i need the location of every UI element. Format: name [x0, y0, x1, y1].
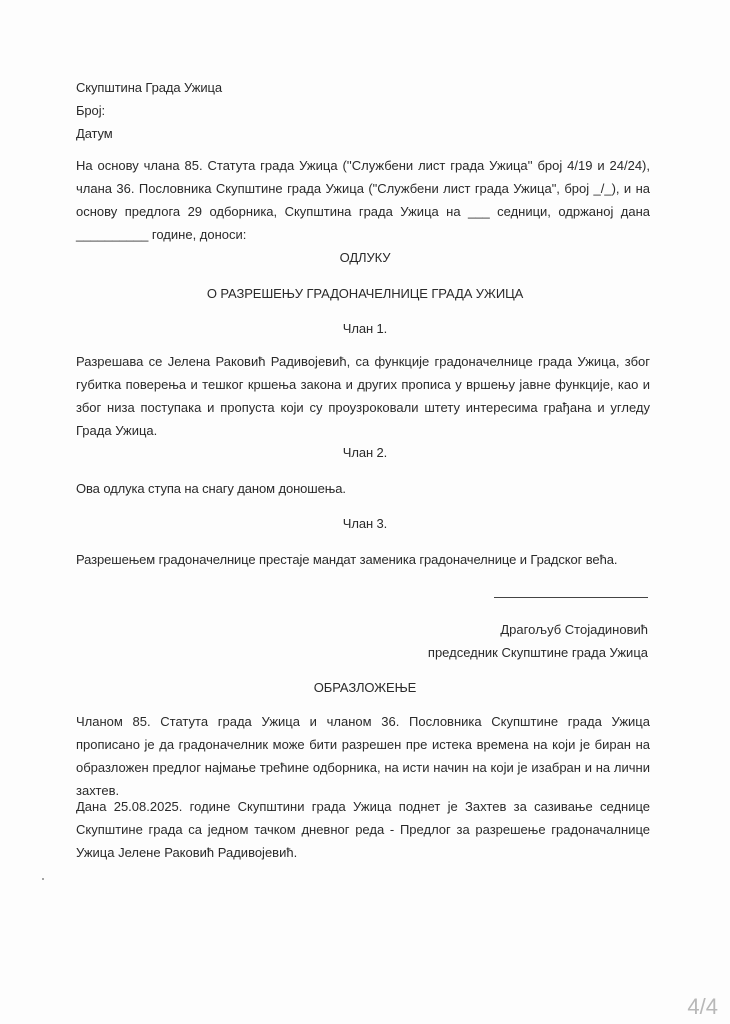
- article-3-text: Разрешењем градоначелнице престаје манда…: [76, 552, 617, 568]
- document-page: Скупштина Града Ужица Број: Датум На осн…: [0, 0, 730, 1024]
- signatory-name: Драгољуб Стојадиновић: [500, 622, 648, 638]
- decision-subtitle: О РАЗРЕШЕЊУ ГРАДОНАЧЕЛНИЦЕ ГРАДА УЖИЦА: [0, 286, 730, 302]
- explanation-paragraph-2: Дана 25.08.2025. године Скупштини града …: [76, 795, 650, 864]
- institution-name: Скупштина Града Ужица: [76, 80, 222, 96]
- decision-title: ОДЛУКУ: [0, 250, 730, 266]
- date-label: Датум: [76, 126, 113, 142]
- preamble-paragraph: На основу члана 85. Статута града Ужица …: [76, 154, 650, 246]
- number-label: Број:: [76, 103, 105, 119]
- explanation-title: ОБРАЗЛОЖЕЊЕ: [0, 680, 730, 696]
- signature-line: [494, 597, 648, 598]
- explanation-paragraph-1: Чланом 85. Статута града Ужица и чланом …: [76, 710, 650, 802]
- article-2-heading: Члан 2.: [0, 445, 730, 461]
- page-indicator: 4/4: [687, 994, 718, 1020]
- article-1-heading: Члан 1.: [0, 321, 730, 337]
- article-2-text: Ова одлука ступа на снагу даном доношења…: [76, 481, 346, 497]
- scan-speck: [42, 878, 44, 880]
- article-1-text: Разрешава се Јелена Раковић Радивојевић,…: [76, 350, 650, 442]
- article-3-heading: Члан 3.: [0, 516, 730, 532]
- signatory-role: председник Скупштине града Ужица: [428, 645, 648, 661]
